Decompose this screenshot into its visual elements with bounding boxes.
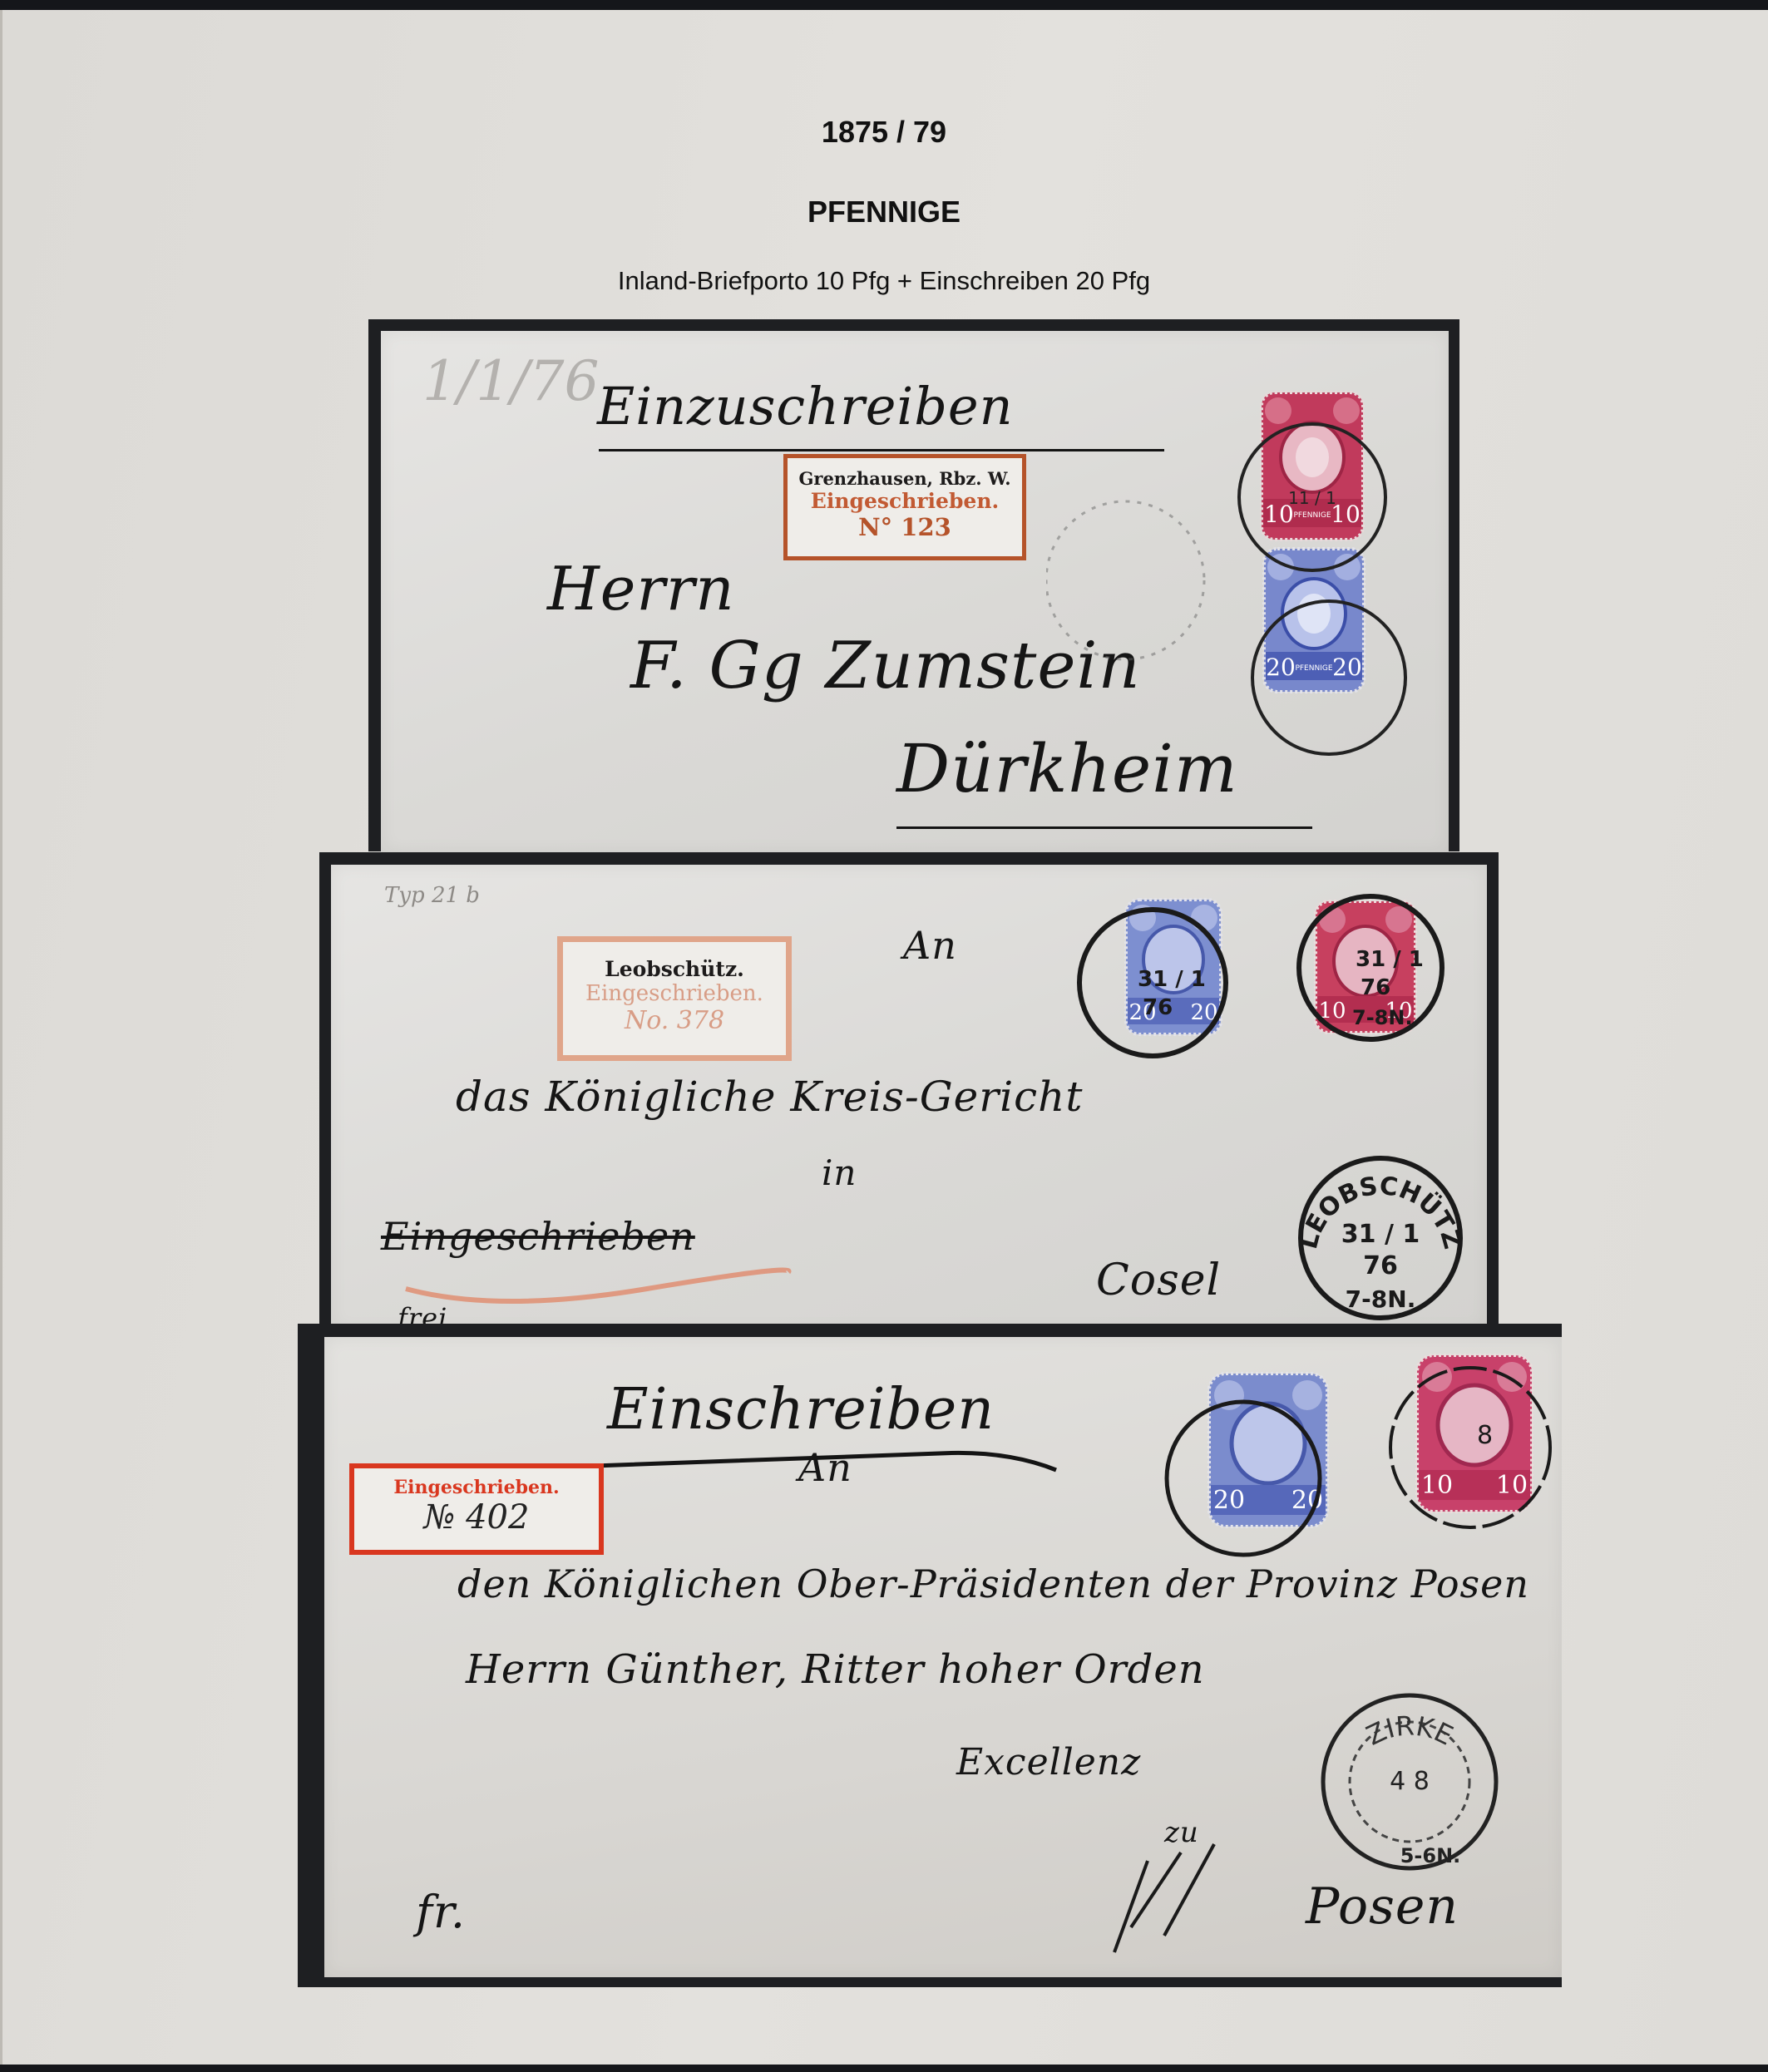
cover-1-town-underline (896, 826, 1312, 829)
cover-1-cancel-lower (1246, 590, 1412, 765)
photo-top-border (0, 0, 1768, 10)
cover-3-cancel-red-stamp: 8 (1380, 1360, 1560, 1535)
page-title: PFENNIGE (0, 195, 1768, 229)
cover-3-postmark: ZIRKE 4 8 5-6N. (1314, 1686, 1505, 1877)
cover-1-address-salutation: Herrn (547, 554, 735, 624)
photo-bottom-border (0, 2065, 1768, 2072)
svg-text:7-8N.: 7-8N. (1352, 1006, 1413, 1029)
label-origin: Leobschütz. (563, 957, 786, 981)
cover-1-underline (599, 449, 1164, 451)
cover-2-envelope[interactable]: Typ 21 b Leobschütz. Eingeschrieben. No.… (331, 865, 1487, 1330)
svg-text:76: 76 (1363, 1251, 1398, 1280)
svg-text:ZIRKE: ZIRKE (1361, 1709, 1458, 1751)
label-eingeschrieben: Eingeschrieben. (563, 981, 786, 1006)
label-eingeschrieben: Eingeschrieben. (354, 1477, 599, 1498)
cover-1-cancel-upper: 11 / 1 (1229, 414, 1395, 580)
svg-text:8: 8 (1477, 1421, 1493, 1450)
svg-text:4 8: 4 8 (1390, 1767, 1430, 1796)
label-number: N° 123 (788, 513, 1022, 541)
svg-text:7-8N.: 7-8N. (1346, 1285, 1416, 1313)
cover-1-address-town: Dürkheim (896, 730, 1238, 807)
cover-2-postmark: LEOBSCHÜTZ 31 / 1 76 7-8N. (1291, 1149, 1469, 1327)
cover-3-franco-note: fr. (416, 1886, 466, 1938)
cover-3-address-line-2: Herrn Günther, Ritter hoher Orden (466, 1646, 1205, 1693)
label-number: No. 378 (563, 1006, 786, 1035)
cover-2-cancel-red-stamp: 31 / 1 76 7-8N. (1287, 885, 1454, 1051)
cover-3-address-line-1: den Königlichen Ober-Präsidenten der Pro… (457, 1561, 1529, 1606)
cover-2-address-recipient: das Königliche Kreis-Gericht (456, 1073, 1083, 1121)
cover-2-address-an: An (903, 923, 957, 968)
cover-1-envelope[interactable]: 1/1/76 Einzuschreiben Grenzhausen, Rbz. … (381, 331, 1449, 853)
cover-1-faint-postmark (1046, 472, 1229, 688)
cover-2-red-crayon-stroke (398, 1256, 797, 1314)
year-range-heading: 1875 / 79 (0, 115, 1768, 150)
cover-1-registration-label: Grenzhausen, Rbz. W. Eingeschrieben. N° … (783, 454, 1026, 560)
cover-3-address-town: Posen (1306, 1877, 1459, 1936)
label-number: № 402 (354, 1498, 599, 1537)
label-eingeschrieben: Eingeschrieben. (788, 489, 1022, 513)
cover-2-endorsement: Eingeschrieben (381, 1214, 695, 1259)
cover-3-cancel-blue-stamp (1156, 1395, 1331, 1561)
svg-text:31 / 1: 31 / 1 (1341, 1220, 1420, 1249)
cover-1-endorsement: Einzuschreiben (597, 376, 1014, 437)
svg-text:11 / 1: 11 / 1 (1288, 488, 1336, 508)
cover-2-cancel-blue-stamp: 31 / 1 76 (1069, 900, 1236, 1066)
cover-2-address-town: Cosel (1096, 1256, 1221, 1305)
cover-3-registration-label: Eingeschrieben. № 402 (349, 1463, 604, 1555)
svg-text:5-6N.: 5-6N. (1400, 1844, 1461, 1867)
cover-3-envelope[interactable]: Einschreiben An Eingeschrieben. № 402 de… (324, 1337, 1562, 1977)
cover-2-address-in: in (822, 1152, 857, 1193)
svg-text:76: 76 (1143, 995, 1173, 1020)
postage-rate-subtitle: Inland-Briefporto 10 Pfg + Einschreiben … (0, 266, 1768, 296)
cover-3-docket-signature (1098, 1836, 1231, 1961)
cover-3-address-excellenz: Excellenz (956, 1741, 1141, 1783)
cover-3-address-an: An (798, 1445, 852, 1490)
label-origin: Grenzhausen, Rbz. W. (788, 468, 1022, 489)
cover-2-registration-label: Leobschütz. Eingeschrieben. No. 378 (557, 936, 792, 1061)
svg-text:76: 76 (1361, 975, 1390, 1000)
cover-2-pencil-note: Typ 21 b (384, 883, 480, 908)
cover-1-pencil-note: 1/1/76 (422, 349, 599, 413)
svg-text:31 / 1: 31 / 1 (1356, 947, 1424, 972)
svg-text:31 / 1: 31 / 1 (1138, 967, 1206, 992)
